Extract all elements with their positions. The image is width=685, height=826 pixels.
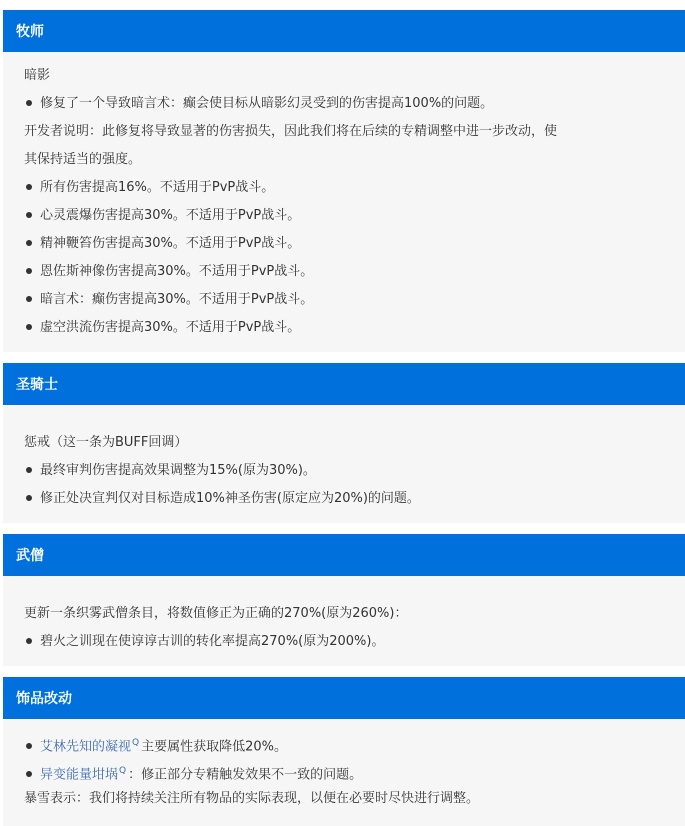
section-body: 暗影 修复了一个导致暗言术：癫会使目标从暗影幻灵受到的伤害提高100%的问题。 … (3, 52, 685, 352)
list-item: 恩佐斯神像伤害提高30%。不适用于PvP战斗。 (24, 258, 685, 286)
list-item-text: 修复了一个导致暗言术：癫会使目标从暗影幻灵受到的伤害提高100%的问题。 (40, 96, 493, 111)
paragraph: 其保持适当的强度。 (24, 146, 685, 174)
section-paladin: 圣骑士 惩戒（这一条为BUFF回调） 最终审判伤害提高效果调整为15%(原为30… (3, 363, 685, 523)
list-item: 修复了一个导致暗言术：癫会使目标从暗影幻灵受到的伤害提高100%的问题。 (24, 90, 685, 118)
bullet-icon (26, 100, 32, 106)
list-item: 虚空洪流伤害提高30%。不适用于PvP战斗。 (24, 314, 685, 342)
list-item: 心灵震爆伤害提高30%。不适用于PvP战斗。 (24, 202, 685, 230)
paragraph: 暴雪表示：我们将持续关注所有物品的实际表现，以便在必要时尽快进行调整。 (24, 785, 685, 813)
subheading: 惩戒（这一条为BUFF回调） (24, 429, 685, 457)
item-link-mutation-crucible[interactable]: 异变能量坩埚 (40, 767, 118, 782)
list-item: 碧火之训现在使谆谆古训的转化率提高270%(原为200%)。 (24, 628, 685, 656)
section-header: 圣骑士 (3, 363, 685, 405)
bullet-icon (26, 184, 32, 190)
list-item-text: 碧火之训现在使谆谆古训的转化率提高270%(原为200%)。 (40, 634, 384, 649)
paragraph: 更新一条织雾武僧条目，将数值修正为正确的270%(原为260%)： (24, 600, 685, 628)
paragraph: 开发者说明：此修复将导致显著的伤害损失，因此我们将在后续的专精调整中进一步改动，… (24, 118, 685, 146)
section-title: 饰品改动 (16, 688, 72, 708)
bullet-icon (26, 296, 32, 302)
list-item: 修正处决宣判仅对目标造成10%神圣伤害(原定应为20%)的问题。 (24, 485, 685, 513)
bullet-icon (26, 268, 32, 274)
bullet-icon (26, 467, 32, 473)
list-item-text: 精神鞭笞伤害提高30%。不适用于PvP战斗。 (40, 236, 300, 251)
search-icon[interactable]: Q (132, 738, 139, 748)
bullet-icon (26, 743, 32, 749)
section-header: 武僧 (3, 534, 685, 576)
section-monk: 武僧 更新一条织雾武僧条目，将数值修正为正确的270%(原为260%)： 碧火之… (3, 534, 685, 666)
bullet-icon (26, 240, 32, 246)
section-title: 武僧 (16, 545, 44, 565)
list-item-text: 修正处决宣判仅对目标造成10%神圣伤害(原定应为20%)的问题。 (40, 491, 420, 506)
list-item: 艾林先知的凝视Q主要属性获取降低20%。 (24, 729, 685, 757)
bullet-icon (26, 771, 32, 777)
section-trinkets: 饰品改动 艾林先知的凝视Q主要属性获取降低20%。 异变能量坩埚Q：修正部分专精… (3, 677, 685, 826)
bullet-icon (26, 495, 32, 501)
bullet-icon (26, 324, 32, 330)
list-item-text: 心灵震爆伤害提高30%。不适用于PvP战斗。 (40, 208, 300, 223)
list-item: 暗言术：癫伤害提高30%。不适用于PvP战斗。 (24, 286, 685, 314)
list-item: 最终审判伤害提高效果调整为15%(原为30%)。 (24, 457, 685, 485)
section-body: 惩戒（这一条为BUFF回调） 最终审判伤害提高效果调整为15%(原为30%)。 … (3, 405, 685, 523)
section-body: 更新一条织雾武僧条目，将数值修正为正确的270%(原为260%)： 碧火之训现在… (3, 576, 685, 666)
list-item-text: 恩佐斯神像伤害提高30%。不适用于PvP战斗。 (40, 264, 313, 279)
section-body: 艾林先知的凝视Q主要属性获取降低20%。 异变能量坩埚Q：修正部分专精触发效果不… (3, 719, 685, 826)
list-item: 精神鞭笞伤害提高30%。不适用于PvP战斗。 (24, 230, 685, 258)
section-title: 圣骑士 (16, 374, 58, 394)
subheading: 暗影 (24, 62, 685, 90)
section-title: 牧师 (16, 21, 44, 41)
section-header: 饰品改动 (3, 677, 685, 719)
list-item-text: ：修正部分专精触发效果不一致的问题。 (128, 767, 362, 782)
list-item: 异变能量坩埚Q：修正部分专精触发效果不一致的问题。 (24, 757, 685, 785)
list-item: 所有伤害提高16%。不适用于PvP战斗。 (24, 174, 685, 202)
list-item-text: 虚空洪流伤害提高30%。不适用于PvP战斗。 (40, 320, 300, 335)
section-priest: 牧师 暗影 修复了一个导致暗言术：癫会使目标从暗影幻灵受到的伤害提高100%的问… (3, 10, 685, 352)
section-header: 牧师 (3, 10, 685, 52)
bullet-icon (26, 638, 32, 644)
list-item-text: 最终审判伤害提高效果调整为15%(原为30%)。 (40, 463, 316, 478)
item-link-eyes-of-the-seer[interactable]: 艾林先知的凝视 (40, 739, 131, 754)
bullet-icon (26, 212, 32, 218)
search-icon[interactable]: Q (119, 766, 126, 776)
list-item-text: 所有伤害提高16%。不适用于PvP战斗。 (40, 180, 274, 195)
list-item-text: 主要属性获取降低20%。 (141, 739, 287, 754)
list-item-text: 暗言术：癫伤害提高30%。不适用于PvP战斗。 (40, 292, 313, 307)
